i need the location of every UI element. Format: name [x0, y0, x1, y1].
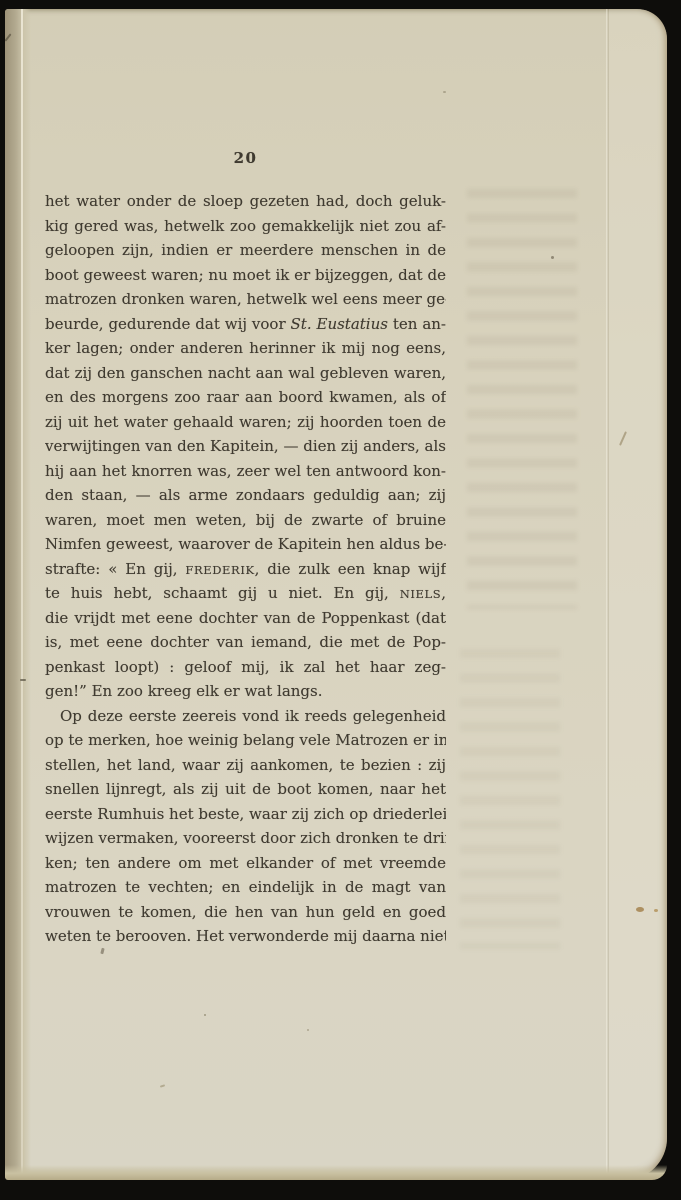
text-line: geloopen zijn, indien er meerdere mensch…	[45, 238, 446, 263]
text-segment: FREDERIK	[185, 563, 254, 577]
text-line: beurde, gedurende dat wij voor St. Eusta…	[45, 312, 446, 337]
text-line: zij uit het water gehaald waren; zij hoo…	[45, 410, 446, 435]
page-number: 20	[45, 149, 446, 167]
bottom-deckle-edge	[5, 1165, 667, 1180]
text-block: het water onder de sloep gezeten had, do…	[45, 189, 446, 949]
text-line: strafte: « En gij, FREDERIK, die zulk ee…	[45, 557, 446, 582]
text-line: matrozen te vechten; en eindelijk in de …	[45, 875, 446, 900]
text-line: den staan, — als arme zondaars geduldig …	[45, 483, 446, 508]
text-segment: snellen lijnregt, als zij uit de boot ko…	[45, 780, 446, 798]
text-line: matrozen dronken waren, hetwelk wel eens…	[45, 287, 446, 312]
text-line: kig gered was, hetwelk zoo gemakkelijk n…	[45, 214, 446, 239]
text-line: vrouwen te komen, die hen van hun geld e…	[45, 900, 446, 925]
text-segment: stellen, het land, waar zij aankomen, te…	[45, 756, 446, 774]
text-segment: gen!” En zoo kreeg elk er wat langs.	[45, 682, 323, 700]
text-line: het water onder de sloep gezeten had, do…	[45, 189, 446, 214]
text-segment: , die zulk een knap wijf	[255, 560, 446, 578]
text-line: snellen lijnregt, als zij uit de boot ko…	[45, 777, 446, 802]
text-line: ker lagen; onder anderen herinner ik mij…	[45, 336, 446, 361]
text-line: ken; ten andere om met elkander of met v…	[45, 851, 446, 876]
book-page: 20 het water onder de sloep gezeten had,…	[5, 9, 667, 1180]
ink-speck	[100, 948, 104, 955]
binding-gutter-shadow	[5, 9, 31, 1180]
text-segment: matrozen te vechten; en eindelijk in de …	[45, 878, 446, 896]
text-segment: te huis hebt, schaamt gij u niet. En gij…	[45, 584, 400, 602]
ink-speck	[551, 256, 554, 259]
text-line: dat zij den ganschen nacht aan wal geble…	[45, 361, 446, 386]
text-segment: het water onder de sloep gezeten had, do…	[45, 192, 446, 210]
paper-fleck	[307, 1029, 309, 1031]
foxing-stain	[654, 909, 658, 912]
reverse-print-show-through	[460, 649, 560, 949]
paper-fleck	[443, 91, 446, 93]
text-line: die vrijdt met eene dochter van de Poppe…	[45, 606, 446, 631]
text-segment: ten an-	[388, 315, 446, 333]
text-line: te huis hebt, schaamt gij u niet. En gij…	[45, 581, 446, 606]
text-segment: geloopen zijn, indien er meerdere mensch…	[45, 241, 446, 259]
text-segment: wijzen vermaken, vooreerst door zich dro…	[45, 829, 446, 847]
text-segment: St. Eustatius	[291, 315, 388, 333]
text-line: op te merken, hoe weinig belang vele Mat…	[45, 728, 446, 753]
foxing-stain	[636, 907, 644, 912]
paper-fleck	[204, 1014, 206, 1016]
text-segment: zij uit het water gehaald waren; zij hoo…	[45, 413, 446, 431]
text-line: eerste Rumhuis het beste, waar zij zich …	[45, 802, 446, 827]
text-segment: weten te berooven. Het verwonderde mij d…	[45, 927, 446, 945]
text-line: hij aan het knorren was, zeer wel ten an…	[45, 459, 446, 484]
text-segment: Nimfen geweest, waarover de Kapitein hen…	[45, 535, 446, 553]
text-segment: hij aan het knorren was, zeer wel ten an…	[45, 462, 446, 480]
text-segment: ,	[441, 584, 446, 602]
text-line: verwijtingen van den Kapitein, — dien zi…	[45, 434, 446, 459]
reverse-print-show-through	[467, 189, 577, 609]
text-line: gen!” En zoo kreeg elk er wat langs.	[45, 679, 446, 704]
text-segment: waren, moet men weten, bij de zwarte of …	[45, 511, 446, 529]
text-segment: ker lagen; onder anderen herinner ik mij…	[45, 339, 446, 357]
page-crease	[606, 9, 609, 1180]
text-segment: matrozen dronken waren, hetwelk wel eens…	[45, 290, 446, 308]
ink-speck	[20, 679, 26, 681]
text-segment: verwijtingen van den Kapitein, — dien zi…	[45, 437, 446, 455]
text-segment: NIELS	[400, 587, 442, 601]
text-segment: boot geweest waren; nu moet ik er bijzeg…	[45, 266, 446, 284]
text-segment: beurde, gedurende dat wij voor	[45, 315, 291, 333]
text-line: weten te berooven. Het verwonderde mij d…	[45, 924, 446, 949]
text-line: en des morgens zoo raar aan boord kwamen…	[45, 385, 446, 410]
text-line: waren, moet men weten, bij de zwarte of …	[45, 508, 446, 533]
text-line: stellen, het land, waar zij aankomen, te…	[45, 753, 446, 778]
text-segment: den staan, — als arme zondaars geduldig …	[45, 486, 446, 504]
text-segment: penkast loopt) : geloof mij, ik zal het …	[45, 658, 446, 676]
text-line: boot geweest waren; nu moet ik er bijzeg…	[45, 263, 446, 288]
page-edge-highlight	[21, 9, 23, 1180]
text-line: wijzen vermaken, vooreerst door zich dro…	[45, 826, 446, 851]
text-line: Op deze eerste zeereis vond ik reeds gel…	[45, 704, 446, 729]
text-segment: Op deze eerste zeereis vond ik reeds gel…	[60, 707, 446, 725]
paper-fibre	[160, 1084, 165, 1087]
text-segment: dat zij den ganschen nacht aan wal geble…	[45, 364, 446, 382]
text-segment: is, met eene dochter van iemand, die met…	[45, 633, 446, 651]
text-segment: op te merken, hoe weinig belang vele Mat…	[45, 731, 446, 749]
scanned-book-photo: 20 het water onder de sloep gezeten had,…	[0, 0, 681, 1200]
page-right-shading	[609, 9, 667, 1180]
text-segment: vrouwen te komen, die hen van hun geld e…	[45, 903, 446, 921]
text-line: penkast loopt) : geloof mij, ik zal het …	[45, 655, 446, 680]
text-segment: eerste Rumhuis het beste, waar zij zich …	[45, 805, 446, 823]
text-line: Nimfen geweest, waarover de Kapitein hen…	[45, 532, 446, 557]
text-segment: strafte: « En gij,	[45, 560, 185, 578]
text-segment: kig gered was, hetwelk zoo gemakkelijk n…	[45, 217, 446, 235]
text-segment: en des morgens zoo raar aan boord kwamen…	[45, 388, 446, 406]
text-line: is, met eene dochter van iemand, die met…	[45, 630, 446, 655]
text-segment: ken; ten andere om met elkander of met v…	[45, 854, 446, 872]
text-segment: die vrijdt met eene dochter van de Poppe…	[45, 609, 446, 627]
